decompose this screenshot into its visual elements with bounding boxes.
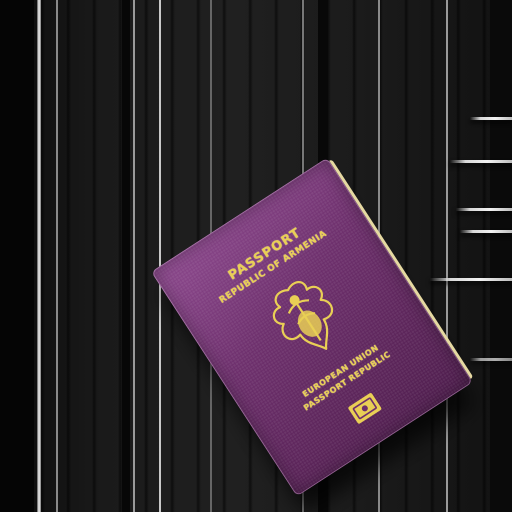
light-stripe: [159, 0, 161, 512]
metal-bar: [460, 230, 512, 233]
light-stripe: [133, 0, 135, 512]
light-stripe: [446, 0, 448, 512]
metal-bar: [450, 160, 512, 163]
metal-bar: [470, 117, 512, 120]
metal-bar: [430, 278, 512, 281]
passport: PASSPORT REPUBLIC OF ARMENIA EUROPEAN UN…: [151, 157, 473, 496]
light-stripe: [37, 0, 41, 512]
dark-stripe: [0, 0, 34, 512]
dark-stripe: [122, 0, 130, 512]
metal-bar: [470, 358, 512, 361]
dark-stripe: [490, 0, 512, 512]
light-stripe: [56, 0, 58, 512]
biometric-chip-icon: [346, 391, 383, 426]
metal-bar: [456, 208, 512, 211]
background-surface: PASSPORT REPUBLIC OF ARMENIA EUROPEAN UN…: [0, 0, 512, 512]
